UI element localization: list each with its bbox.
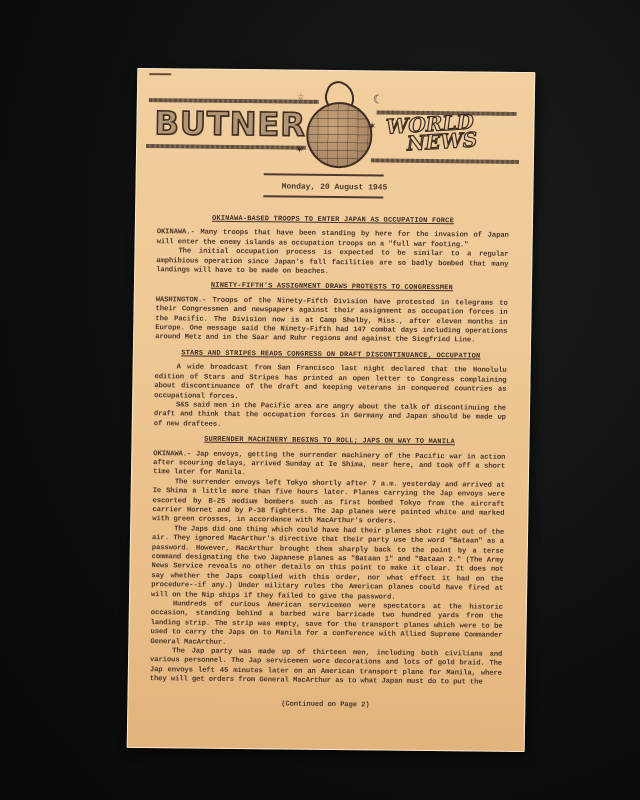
- star-icon: ✶: [368, 118, 375, 133]
- star-icon: ✶: [296, 142, 303, 157]
- masthead-title-left: BUTNER: [154, 104, 306, 144]
- article-headline: OKINAWA-BASED TROOPS TO ENTER JAPAN AS O…: [157, 214, 509, 227]
- article-headline: SURRENDER MACHINERY BEGINS TO ROLL; JAPS…: [153, 435, 505, 448]
- article-paragraph: The Jap party was made up of thirteen me…: [150, 647, 503, 688]
- crescent-moon-icon: ☾: [373, 92, 380, 107]
- article-paragraph: The initial occupation process is expect…: [156, 247, 508, 279]
- article-headline: STARS AND STRIPES READS CONGRESS ON DRAF…: [155, 349, 507, 362]
- masthead-title-right: WORLD NEWS: [385, 112, 477, 153]
- article-paragraph: S&S said men in the Pacific area are ang…: [154, 401, 506, 433]
- star-icon: ☆: [297, 89, 304, 104]
- article: OKINAWA-BASED TROOPS TO ENTER JAPAN AS O…: [156, 214, 509, 279]
- article: SURRENDER MACHINERY BEGINS TO ROLL; JAPS…: [150, 435, 506, 688]
- continued-notice: (Continued on Page 2): [149, 699, 501, 712]
- article-paragraph: A wide broadcast from San Francisco last…: [154, 363, 507, 404]
- corner-mark: [149, 73, 171, 75]
- article-paragraph: The Japs did one thing which could have …: [151, 525, 504, 604]
- masthead-rule-top-left: [149, 98, 319, 104]
- newsletter-page: BUTNER ☆ ✶ ✶ ☾ WORLD NEWS Monday, 20 Aug…: [127, 68, 536, 752]
- article-paragraph: WASHINGTON.- Troops of the Ninety-Fifth …: [155, 296, 508, 347]
- masthead-rule-bottom-left: [146, 144, 306, 150]
- masthead: BUTNER ☆ ✶ ✶ ☾ WORLD NEWS: [146, 82, 522, 174]
- globe-icon: [306, 102, 373, 169]
- article: NINETY-FIFTH'S ASSIGNMENT DRAWS PROTESTS…: [155, 282, 508, 347]
- article-paragraph: The surrender envoys left Tokyo shortly …: [152, 478, 505, 529]
- dateline-rule-bottom: [263, 195, 383, 198]
- articles: OKINAWA-BASED TROOPS TO ENTER JAPAN AS O…: [149, 208, 509, 712]
- article: STARS AND STRIPES READS CONGRESS ON DRAF…: [154, 349, 507, 433]
- article-paragraph: OKINAWA.- Jap envoys, getting the surren…: [153, 450, 505, 482]
- masthead-rule-bottom-right: [371, 158, 519, 164]
- article-headline: NINETY-FIFTH'S ASSIGNMENT DRAWS PROTESTS…: [156, 282, 508, 295]
- dateline-rule-top: [264, 173, 384, 176]
- article-paragraph: Hundreds of curious American servicemen …: [150, 600, 503, 651]
- dateline: Monday, 20 August 1945: [135, 181, 533, 194]
